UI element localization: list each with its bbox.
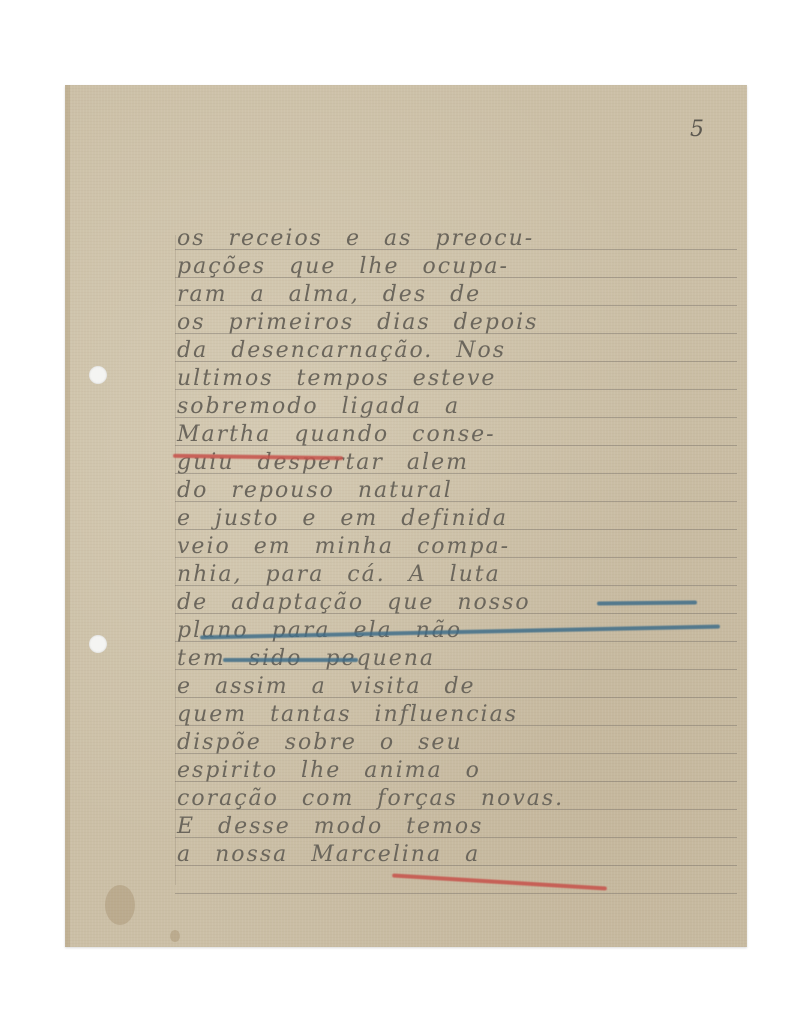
text-line: veio em minha compa-: [177, 533, 737, 561]
text-line: ram a alma, des de: [177, 281, 737, 309]
text-line: da desencarnação. Nos: [177, 337, 737, 365]
punch-hole-top: [89, 366, 107, 384]
text-line: Martha quando conse-: [177, 421, 737, 449]
text-line: os primeiros dias depois: [177, 309, 737, 337]
text-line: quem tantas influencias: [177, 701, 737, 729]
text-line: e justo e em definida: [177, 505, 737, 533]
punch-hole-bottom: [89, 635, 107, 653]
text-line: nhia, para cá. A luta: [177, 561, 737, 589]
paper-stain: [105, 885, 135, 925]
text-line: sobremodo ligada a: [177, 393, 737, 421]
page-edge: [65, 85, 70, 947]
text-line: do repouso natural: [177, 477, 737, 505]
manuscript-page: 5 os receios e as preocu- pações que lhe…: [65, 85, 747, 947]
text-line: dispõe sobre o seu: [177, 729, 737, 757]
text-line: guiu despertar alem: [177, 449, 737, 477]
text-line: ultimos tempos esteve: [177, 365, 737, 393]
text-line: pações que lhe ocupa-: [177, 253, 737, 281]
text-line: espirito lhe anima o: [177, 757, 737, 785]
text-line: coração com forças novas.: [177, 785, 737, 813]
text-line: E desse modo temos: [177, 813, 737, 841]
text-line: os receios e as preocu-: [177, 225, 737, 253]
blue-underline-tem: [223, 658, 358, 662]
text-line: e assim a visita de: [177, 673, 737, 701]
text-line: a nossa Marcelina a: [177, 841, 737, 869]
